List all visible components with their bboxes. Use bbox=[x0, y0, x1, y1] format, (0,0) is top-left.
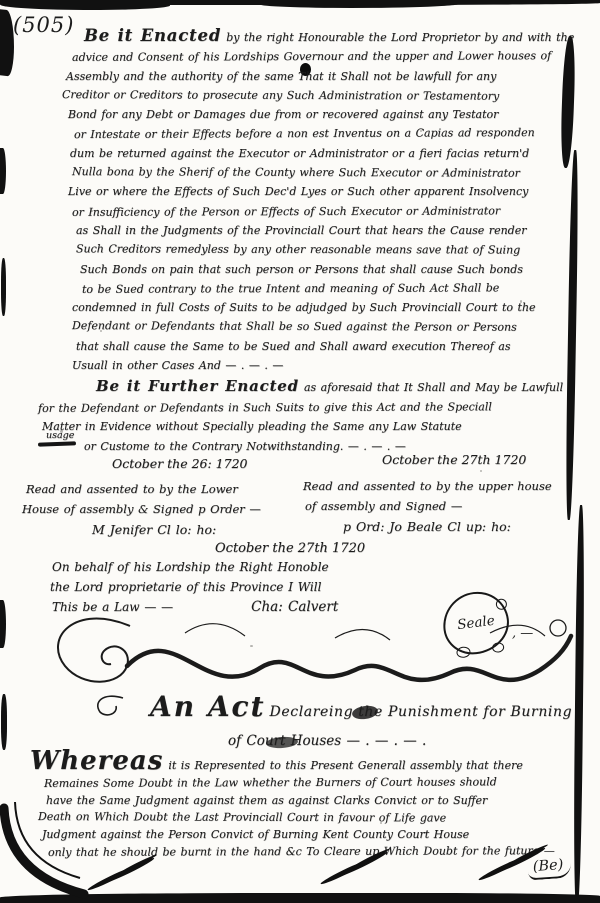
marginal-curl-ornament bbox=[88, 690, 128, 720]
scan-edge-left bbox=[0, 148, 6, 194]
manuscript-line: Assembly and the authority of the same T… bbox=[66, 67, 567, 86]
manuscript-line: Read and assented to by the upper house bbox=[303, 476, 552, 496]
attestation-upper-house: Read and assented to by the upper house … bbox=[303, 476, 552, 537]
scan-edge-left bbox=[1, 694, 7, 750]
manuscript-line: Creditor or Creditors to prosecute any S… bbox=[62, 85, 567, 106]
manuscript-line: for the Defendant or Defendants in Such … bbox=[38, 397, 563, 418]
act-1-further-enacted: Be it Further Enactedas aforesaid that I… bbox=[38, 377, 563, 456]
manuscript-line: Such Creditors remedyless by any other r… bbox=[76, 240, 567, 261]
date-assent: October the 27th 1720 bbox=[215, 541, 365, 556]
act-2-body: Whereasit is Represented to this Present… bbox=[30, 756, 585, 861]
manuscript-line: or Intestate or their Effects before a n… bbox=[74, 123, 567, 144]
manuscript-line: Read and assented to by the Lower bbox=[26, 479, 261, 499]
manuscript-line: that shall cause the Same to be Sued and… bbox=[76, 337, 567, 356]
date-upper-house: October the 27th 1720 bbox=[382, 452, 526, 467]
manuscript-line: advice and Consent of his Lordships Gove… bbox=[72, 46, 567, 67]
act-2-title: An ActDeclareing the Punishment for Burn… bbox=[150, 690, 572, 723]
enacting-clause-lead: Be it Enacted bbox=[84, 26, 226, 45]
manuscript-line: dum be returned against the Executor or … bbox=[70, 144, 567, 163]
scan-edge-bottom bbox=[0, 893, 600, 903]
further-enacted-lead: Be it Further Enacted bbox=[96, 377, 304, 395]
flourish-slashes bbox=[85, 858, 180, 892]
manuscript-line: Remaines Some Doubt in the Law whether t… bbox=[44, 773, 585, 792]
manuscript-line: Nulla bona by the Sherif of the County w… bbox=[72, 162, 567, 183]
flourish-slashes bbox=[318, 852, 413, 886]
scan-edge-left bbox=[0, 600, 6, 648]
scan-edge-top-left bbox=[0, 0, 170, 10]
manuscript-line: as Shall in the Judgments of the Provinc… bbox=[76, 221, 567, 240]
manuscript-line: of assembly and Signed — bbox=[305, 496, 552, 516]
manuscript-page: (505) Be it Enactedby the right Honourab… bbox=[0, 0, 600, 903]
paper-speck bbox=[480, 470, 482, 472]
whereas-lead: Whereas bbox=[30, 746, 168, 776]
manuscript-line: or Insufficiency of the Person or Effect… bbox=[72, 201, 567, 222]
struck-out-word bbox=[38, 441, 76, 446]
manuscript-line: Usuall in other Cases And — . — . — bbox=[72, 356, 567, 375]
clerk-signature-upper: p Ord: Jo Beale Cl up: ho: bbox=[343, 517, 552, 537]
clerk-signature-lower: M Jenifer Cl lo: ho: bbox=[92, 520, 261, 540]
manuscript-line: Such Bonds on pain that such person or P… bbox=[80, 260, 567, 279]
manuscript-line: Judgment against the Person Convict of B… bbox=[42, 826, 585, 843]
scan-edge-top-mid bbox=[260, 0, 460, 8]
manuscript-line: On behalf of his Lordship the Right Hono… bbox=[52, 558, 338, 578]
manuscript-line: Be it Further Enactedas aforesaid that I… bbox=[96, 377, 563, 398]
date-lower-house: October the 26: 1720 bbox=[112, 456, 248, 471]
attestation-lower-house: Read and assented to by the Lower House … bbox=[26, 479, 261, 540]
act-2-title-lead: An Act bbox=[150, 690, 266, 723]
manuscript-line: Bond for any Debt or Damages due from or… bbox=[68, 105, 567, 124]
manuscript-line: condemned in full Costs of Suits to be a… bbox=[72, 298, 567, 317]
manuscript-line: House of assembly & Signed p Order — bbox=[22, 499, 261, 519]
manuscript-line: Death on Which Doubt the Last Provincial… bbox=[38, 808, 585, 827]
manuscript-line: Defendant or Defendants that Shall be so… bbox=[72, 317, 567, 338]
correction-insertion: usage bbox=[38, 438, 80, 450]
act-1-body: Be it Enactedby the right Honourable the… bbox=[62, 26, 567, 375]
scan-edge-left bbox=[1, 258, 6, 316]
act-2-title-line2: of Court Houses — . — . — . bbox=[228, 733, 426, 749]
manuscript-line: Matter in Evidence without Specially ple… bbox=[42, 417, 563, 437]
manuscript-line: Live or where the Effects of Such Dec'd … bbox=[68, 182, 567, 201]
manuscript-line: Be it Enactedby the right Honourable the… bbox=[84, 26, 567, 47]
manuscript-line: the Lord proprietarie of this Province I… bbox=[50, 578, 338, 598]
manuscript-line: have the Same Judgment against them as a… bbox=[46, 792, 585, 809]
manuscript-line: Whereasit is Represented to this Present… bbox=[30, 756, 585, 774]
manuscript-line: to be Sued contrary to the true Intent a… bbox=[82, 278, 567, 299]
scan-edge-left bbox=[0, 9, 14, 76]
